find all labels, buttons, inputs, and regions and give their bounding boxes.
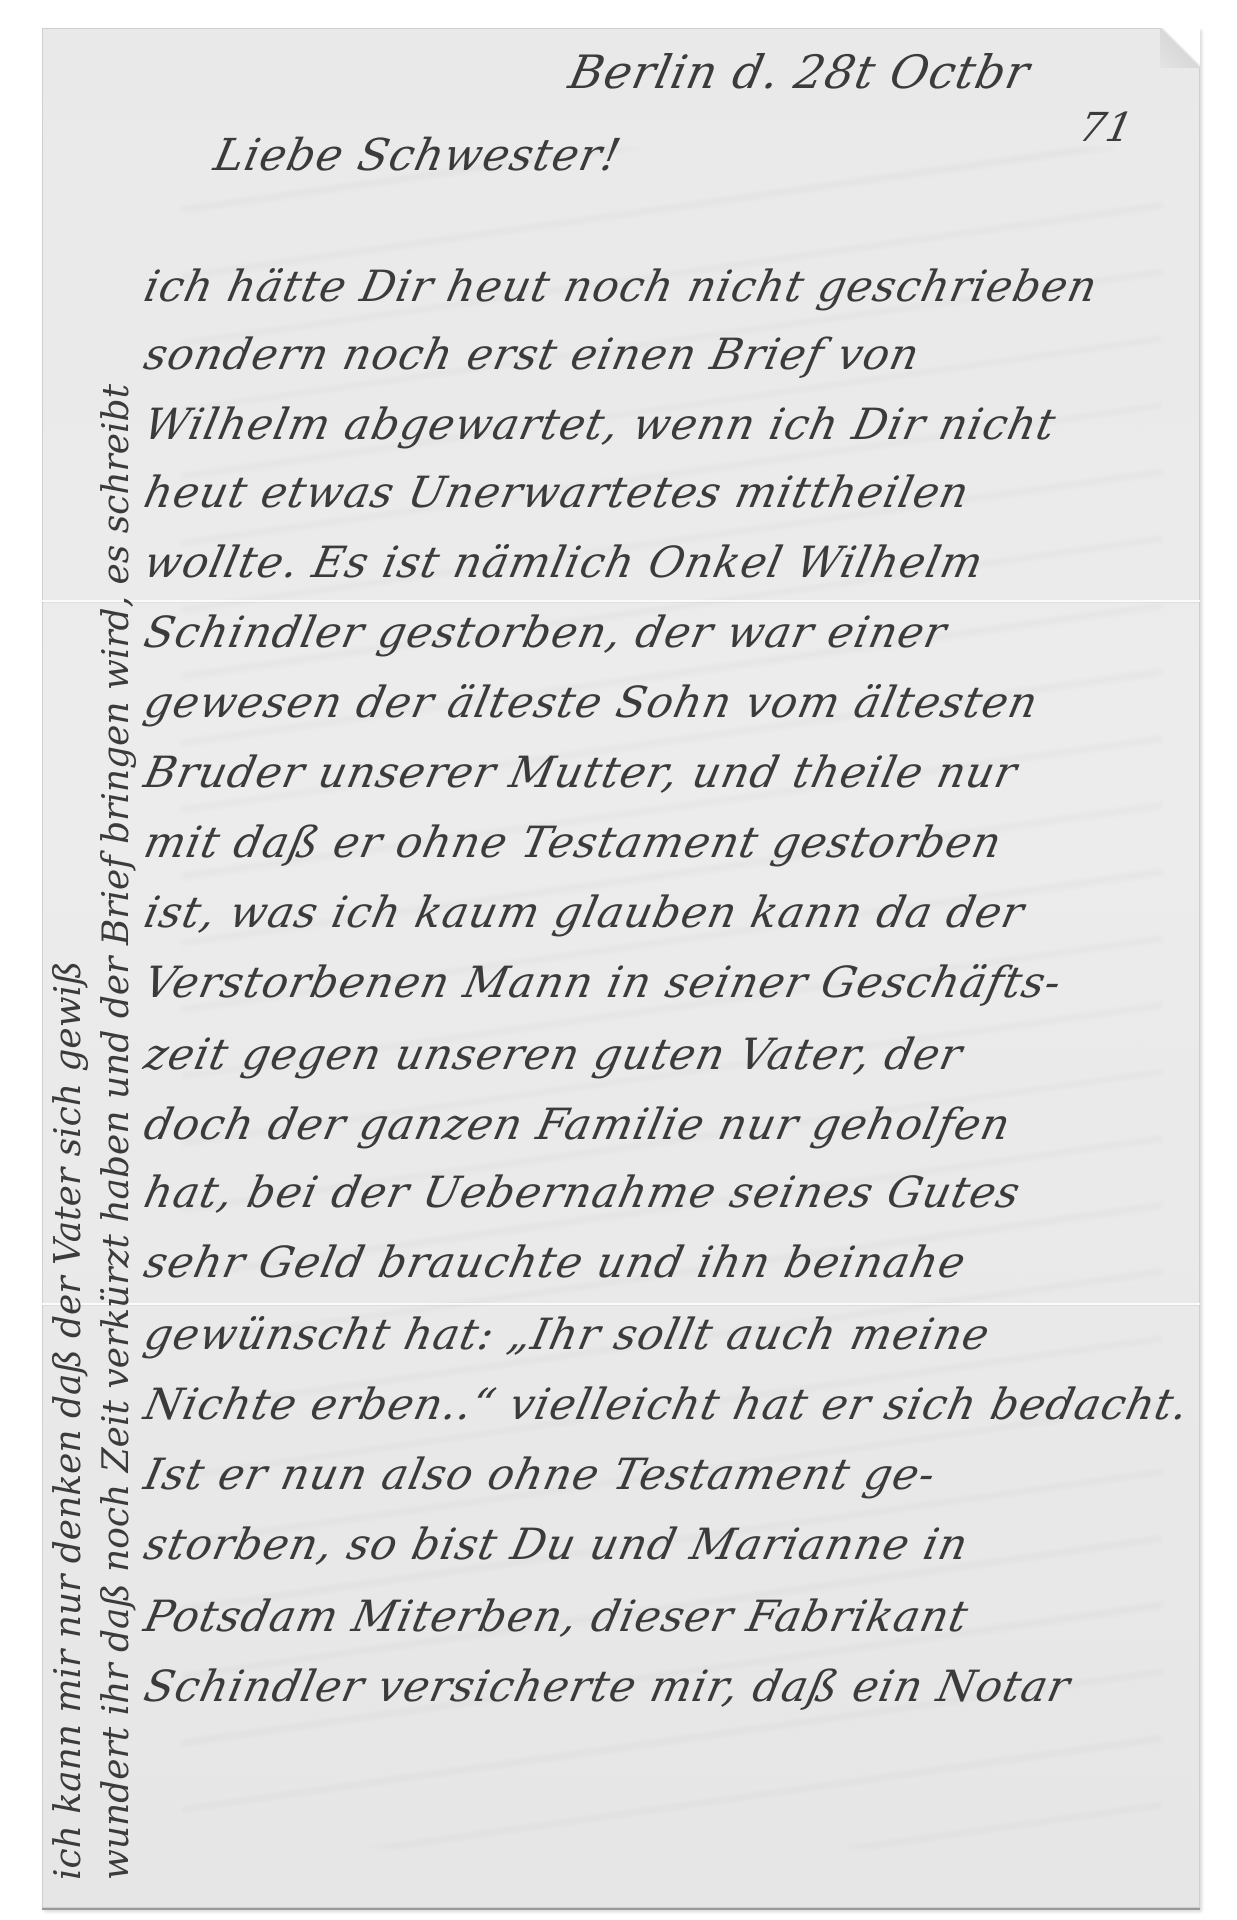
- body-line: ist, was ich kaum glauben kann da der: [140, 888, 1029, 938]
- body-line: mit daß er ohne Testament gestorben: [140, 818, 1007, 868]
- body-line: gewünscht hat: „Ihr sollt auch meine: [140, 1310, 995, 1360]
- body-line: storben, so bist Du und Marianne in: [140, 1520, 973, 1570]
- body-line: heut etwas Unerwartetes mittheilen: [140, 468, 974, 518]
- body-line: sehr Geld brauchte und ihn beinahe: [140, 1238, 971, 1288]
- body-line: Ist er nun also ohne Testament ge-: [140, 1450, 941, 1500]
- body-line: gewesen der älteste Sohn vom ältesten: [140, 678, 1043, 728]
- salutation: Liebe Schwester!: [210, 130, 626, 181]
- fold-line-upper: [42, 600, 1200, 602]
- body-line: Bruder unserer Mutter, und theile nur: [140, 748, 1022, 798]
- margin-note-vertical: ich kann mir nur denken daß der Vater si…: [48, 30, 144, 1880]
- body-line: ich hätte Dir heut noch nicht geschriebe…: [140, 262, 1103, 312]
- body-line: Potsdam Miterben, dieser Fabrikant: [140, 1592, 973, 1642]
- body-line: Schindler versicherte mir, daß ein Notar: [140, 1662, 1075, 1712]
- body-line: zeit gegen unseren guten Vater, der: [140, 1030, 967, 1080]
- body-line: Schindler gestorben, der war einer: [140, 608, 952, 658]
- body-line: Wilhelm abgewartet, wenn ich Dir nicht: [140, 400, 1061, 450]
- body-line: wollte. Es ist nämlich Onkel Wilhelm: [140, 538, 988, 588]
- body-line: Nichte erben..“ vielleicht hat er sich b…: [140, 1380, 1194, 1430]
- place-date: Berlin d. 28t Octbr: [564, 45, 1035, 99]
- body-line: sondern noch erst einen Brief von: [140, 330, 925, 380]
- margin-note-line: ich kann mir nur denken daß der Vater si…: [48, 30, 96, 1880]
- year: 71: [1075, 105, 1138, 151]
- body-line: hat, bei der Uebernahme seines Gutes: [140, 1168, 1025, 1218]
- margin-note-line: wundert ihr daß noch Zeit verkürzt haben…: [96, 30, 144, 1880]
- page-corner-curl: [1160, 28, 1200, 68]
- fold-line-lower: [42, 1303, 1200, 1305]
- body-line: Verstorbenen Mann in seiner Geschäfts-: [140, 958, 1067, 1008]
- body-line: doch der ganzen Familie nur geholfen: [140, 1100, 1016, 1150]
